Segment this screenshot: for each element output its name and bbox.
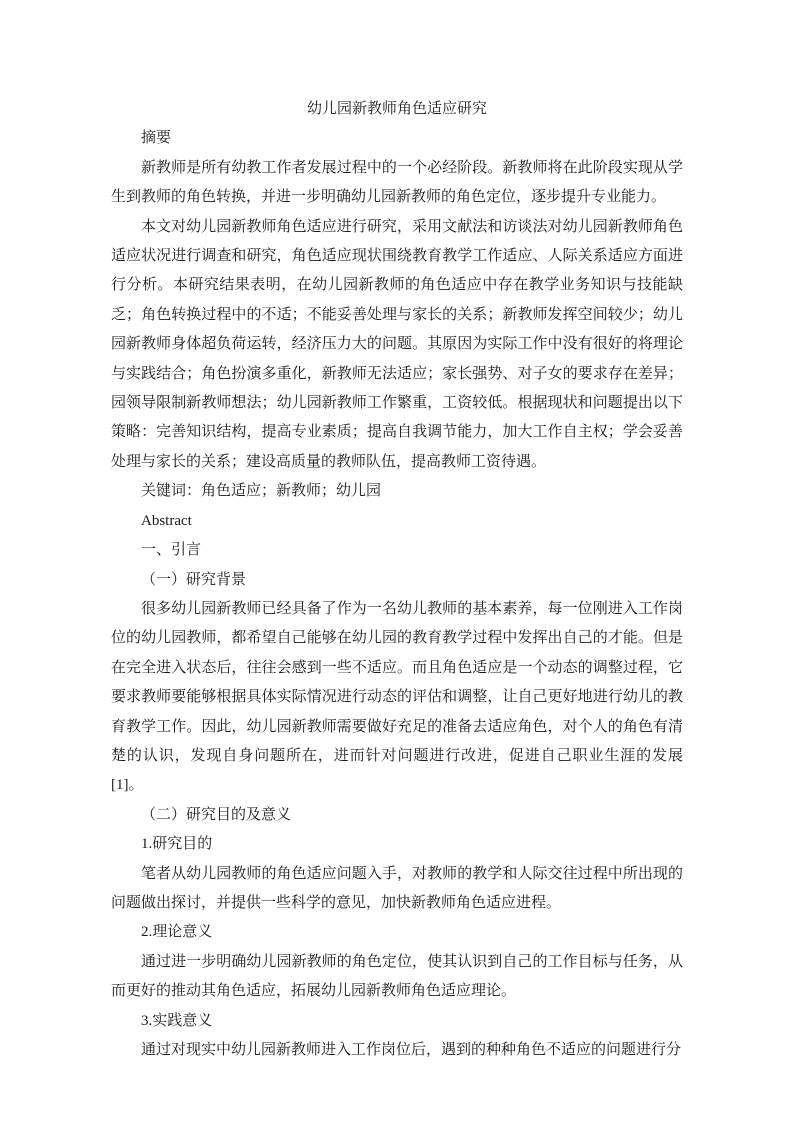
doc-title: 幼儿园新教师角色适应研究 <box>111 95 683 124</box>
keywords-line: 关键词：角色适应；新教师；幼儿园 <box>111 477 683 506</box>
subsection-1-2-heading: （二）研究目的及意义 <box>111 801 683 830</box>
abstract-en-heading: Abstract <box>111 507 683 536</box>
theoretical-significance-para: 通过进一步明确幼儿园新教师的角色定位，使其认识到自己的工作目标与任务，从而更好的… <box>111 948 683 1007</box>
subsection-1-1-heading: （一）研究背景 <box>111 566 683 595</box>
abstract-para-2: 本文对幼儿园新教师角色适应进行研究，采用文献法和访谈法对幼儿园新教师角色适应状况… <box>111 213 683 478</box>
theoretical-significance-heading: 2.理论意义 <box>111 918 683 947</box>
research-purpose-heading: 1.研究目的 <box>111 830 683 859</box>
abstract-para-1: 新教师是所有幼教工作者发展过程中的一个必经阶段。新教师将在此阶段实现从学生到教师… <box>111 154 683 213</box>
practical-significance-para: 通过对现实中幼儿园新教师进入工作岗位后，遇到的种种角色不适应的问题进行分 <box>111 1036 683 1065</box>
document-body: 幼儿园新教师角色适应研究 摘要 新教师是所有幼教工作者发展过程中的一个必经阶段。… <box>111 95 683 1065</box>
research-background-para: 很多幼儿园新教师已经具备了作为一名幼儿教师的基本素养，每一位刚进入工作岗位的幼儿… <box>111 595 683 801</box>
abstract-heading: 摘要 <box>111 124 683 153</box>
practical-significance-heading: 3.实践意义 <box>111 1007 683 1036</box>
document-page: 幼儿园新教师角色适应研究 摘要 新教师是所有幼教工作者发展过程中的一个必经阶段。… <box>0 0 793 1122</box>
section-1-heading: 一、引言 <box>111 536 683 565</box>
research-purpose-para: 笔者从幼儿园教师的角色适应问题入手，对教师的教学和人际交往过程中所出现的问题做出… <box>111 860 683 919</box>
